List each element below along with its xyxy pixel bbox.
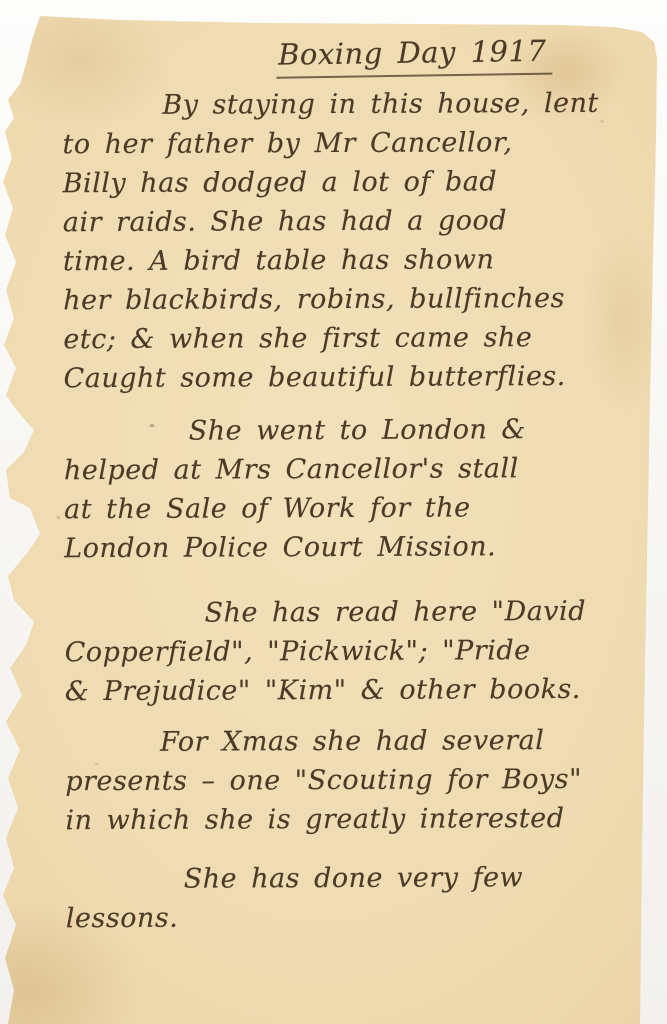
paragraph: For Xmas she had severalpresents – one "… bbox=[65, 721, 614, 840]
paragraph: By staying in this house, lentto her fat… bbox=[62, 84, 611, 398]
paper-sheet: Boxing Day 1917 By staying in this house… bbox=[0, 0, 667, 1024]
handwritten-line: in which she is greatly interested bbox=[65, 799, 613, 840]
paragraph: She has read here "DavidCopperfield", "P… bbox=[64, 592, 613, 711]
handwritten-line: lessons. bbox=[66, 897, 614, 938]
handwritten-line: her blackbirds, robins, bullfinches bbox=[63, 279, 611, 320]
handwritten-line: Copperfield", "Pickwick"; "Pride bbox=[65, 631, 613, 672]
handwritten-line: to her father by Mr Cancellor, bbox=[62, 123, 610, 164]
handwritten-line: By staying in this house, lent bbox=[62, 84, 610, 125]
handwritten-line: etc; & when she first came she bbox=[63, 318, 611, 359]
handwritten-line: She has read here "David bbox=[64, 592, 612, 633]
handwritten-line: & Prejudice" "Kim" & other books. bbox=[65, 670, 613, 711]
handwritten-line: time. A bird table has shown bbox=[63, 240, 611, 281]
paper-speck bbox=[57, 516, 60, 519]
scan-background: Boxing Day 1917 By staying in this house… bbox=[0, 0, 667, 1024]
handwritten-line: She went to London & bbox=[64, 410, 612, 451]
handwritten-line: at the Sale of Work for the bbox=[64, 488, 612, 529]
handwritten-content: Boxing Day 1917 By staying in this house… bbox=[62, 33, 614, 938]
handwritten-line: presents – one "Scouting for Boys" bbox=[65, 760, 613, 801]
handwritten-line: London Police Court Mission. bbox=[64, 527, 612, 568]
handwritten-line: Caught some beautiful butterflies. bbox=[63, 357, 611, 398]
handwritten-line: helped at Mrs Cancellor's stall bbox=[64, 449, 612, 490]
handwritten-paragraphs: By staying in this house, lentto her fat… bbox=[62, 84, 614, 938]
handwritten-line: air raids. She has had a good bbox=[63, 201, 611, 242]
handwritten-line: Billy has dodged a lot of bad bbox=[63, 162, 611, 203]
page-title: Boxing Day 1917 bbox=[276, 32, 553, 79]
title-row: Boxing Day 1917 bbox=[276, 33, 610, 77]
paragraph: She went to London &helped at Mrs Cancel… bbox=[64, 410, 613, 568]
paragraph: She has done very fewlessons. bbox=[66, 858, 614, 938]
handwritten-line: She has done very few bbox=[66, 858, 614, 899]
handwritten-line: For Xmas she had several bbox=[65, 721, 613, 762]
